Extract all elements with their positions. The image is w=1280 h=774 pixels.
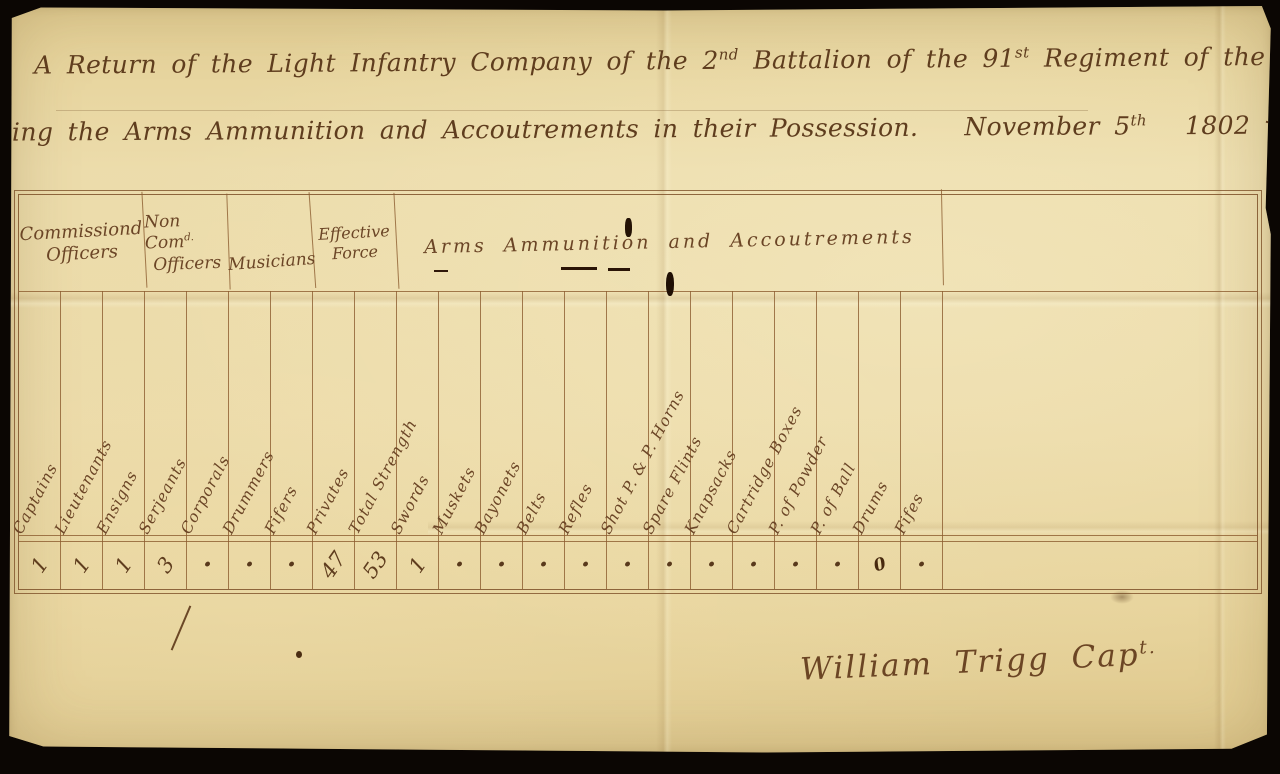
cell-privates: 47 <box>313 541 355 589</box>
superscript-d: d. <box>184 232 194 243</box>
data-row-top-rule-inner <box>19 541 1257 542</box>
cell-pounds-of-ball: · <box>817 541 859 589</box>
group-header-commissioned-officers: Commissiond Officers <box>17 192 148 294</box>
col-header-drummers: Drummers <box>229 291 271 541</box>
cell-bayonets: · <box>481 541 523 589</box>
col-header-shot-pouches-powder-horns: Shot P. & P. Horns <box>607 291 649 541</box>
faint-ruled-line <box>56 110 1088 111</box>
cell-captains: 1 <box>19 541 61 589</box>
group-header-effective-force: Effective Force <box>311 193 400 293</box>
col-header-swords: Swords <box>397 291 439 541</box>
cell-lieutenants: 1 <box>61 541 103 589</box>
group-header-non-commissioned-officers: Non Comd. Officers <box>143 194 230 293</box>
col-header-privates: Privates <box>313 291 355 541</box>
superscript-nd: nd <box>719 45 739 63</box>
col-header-ensigns: Ensigns <box>103 291 145 541</box>
group-header-musicians: Musicians <box>226 192 316 294</box>
cell-rifles: · <box>565 541 607 589</box>
cell-muskets: · <box>439 541 481 589</box>
col-header-muskets: Muskets <box>439 291 481 541</box>
cell-serjeants: 3 <box>145 541 187 589</box>
col-header-rifles: Refles <box>565 291 607 541</box>
signature: William Trigg Capt. <box>799 636 1157 688</box>
cell-swords: 1 <box>397 541 439 589</box>
data-row-top-rule-outer <box>19 535 1257 536</box>
col-header-spare-flints: Spare Flints <box>649 291 691 541</box>
group-header-arms-ammunition-accoutrements: Arms Ammunition and Accoutrements <box>396 189 944 296</box>
col-header-captains: Captains <box>19 291 61 541</box>
superscript-th: th <box>1130 111 1147 129</box>
cell-belts: · <box>523 541 565 589</box>
group-header-bottom-rule <box>19 291 1257 292</box>
cell-spare-flints: · <box>649 541 691 589</box>
title-line-2: ing the Arms Ammunition and Accoutrement… <box>12 111 1262 147</box>
cell-ensigns: 1 <box>103 541 145 589</box>
cell-fifers: · <box>271 541 313 589</box>
title-line-1: A Return of the Light Infantry Company o… <box>34 42 1266 80</box>
cell-corporals: · <box>187 541 229 589</box>
ink-flourish-dash <box>1264 111 1280 128</box>
group-header-blank <box>943 195 1257 291</box>
cell-drums: 0 <box>859 541 901 589</box>
ink-speck <box>296 651 302 658</box>
col-header-belts: Belts <box>523 291 565 541</box>
col-header-serjeants: Serjeants <box>145 291 187 541</box>
col-header-pounds-of-powder: P. of Powder <box>775 291 817 541</box>
year-text: 1802 <box>1185 111 1250 140</box>
return-table: Commissiond Officers Non Comd. Officers … <box>18 194 1258 590</box>
cell-cartridge-boxes: · <box>733 541 775 589</box>
col-header-fifers: Fifers <box>271 291 313 541</box>
date-text: November 5 <box>964 112 1130 142</box>
scanned-paper: A Return of the Light Infantry Company o… <box>8 6 1272 754</box>
faint-smudge <box>1110 590 1134 604</box>
col-header-lieutenants: Lieutenants <box>61 291 103 541</box>
col-header-bayonets: Bayonets <box>481 291 523 541</box>
cell-total-strength: 53 <box>355 541 397 589</box>
col-header-drums: Drums <box>859 291 901 541</box>
cell-fifes: · <box>901 541 943 589</box>
col-header-pounds-of-ball: P. of Ball <box>817 291 859 541</box>
superscript-t: t. <box>1139 637 1157 659</box>
col-header-fifes: Fifes <box>901 291 943 541</box>
blank-column <box>943 291 1257 589</box>
cell-shot-pouches-powder-horns: · <box>607 541 649 589</box>
col-header-cartridge-boxes: Cartridge Boxes <box>733 291 775 541</box>
cell-knapsacks: · <box>691 541 733 589</box>
superscript-st: st <box>1015 43 1030 61</box>
ink-slash-mark <box>171 606 192 651</box>
col-header-total-strength: Total Strength <box>355 291 397 541</box>
col-header-knapsacks: Knapsacks <box>691 291 733 541</box>
cell-pounds-of-powder: · <box>775 541 817 589</box>
col-header-corporals: Corporals <box>187 291 229 541</box>
cell-drummers: · <box>229 541 271 589</box>
